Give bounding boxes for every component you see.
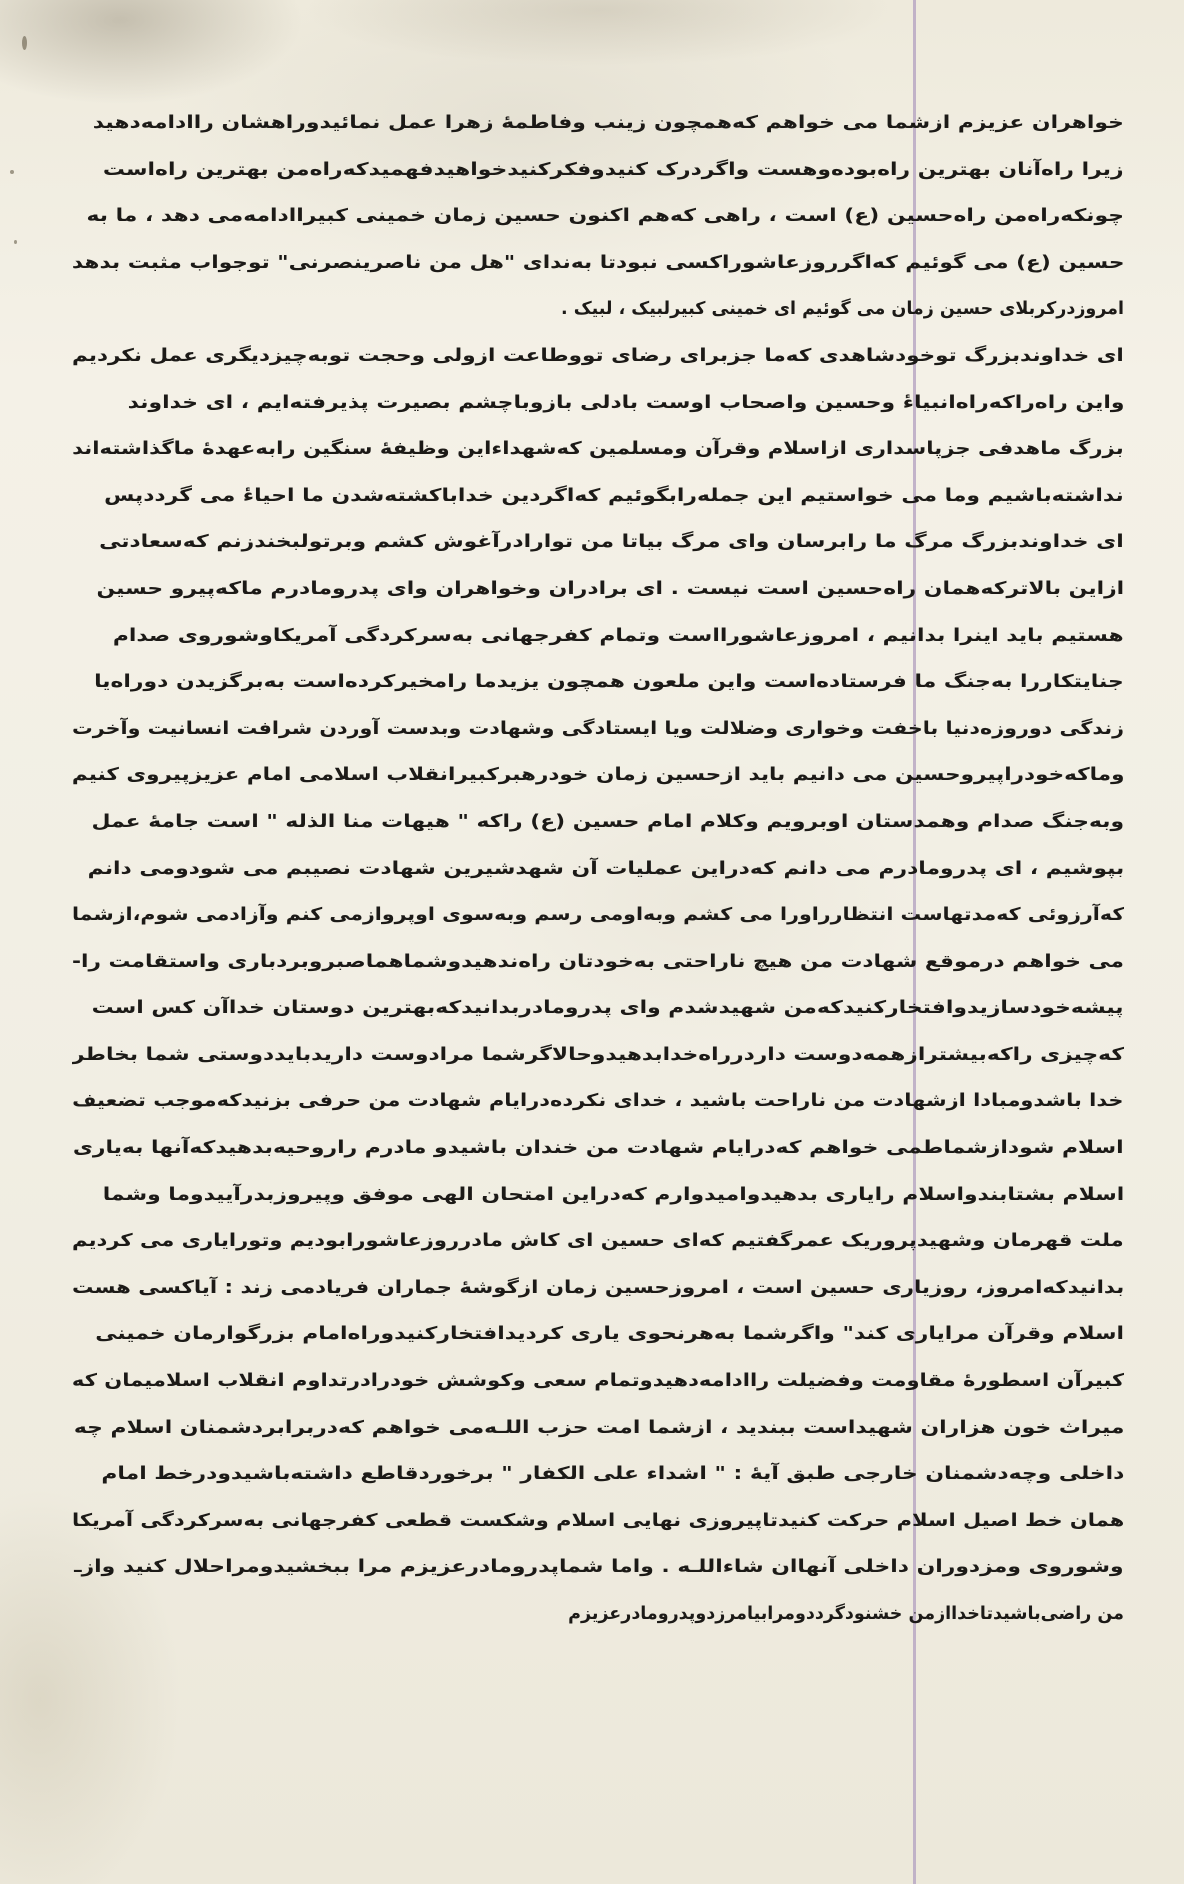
text-line: نداشته‌باشیم وما می خواستیم این جمله‌راب… xyxy=(72,473,1124,520)
text-line: جنایتکاررا به‌جنگ ما فرستاده‌است واین مل… xyxy=(72,659,1124,706)
text-line: خواهران عزیزم ازشما می خواهم که‌همچون زی… xyxy=(72,100,1124,147)
text-line: پیشه‌خودسازیدوافتخارکنیدکه‌من شهیدشدم وا… xyxy=(72,985,1124,1032)
text-line: داخلی وچه‌دشمنان خارجی طبق آیه‌ٔ : " اشد… xyxy=(72,1451,1124,1498)
text-line: خدا باشدومبادا ازشهادت من ناراحت باشید ،… xyxy=(72,1078,1124,1125)
text-line: امروزدرکربلای حسین زمان می گوئیم ای خمین… xyxy=(72,286,1124,333)
text-line: می خواهم درموقع شهادت من هیچ ناراحتی به‌… xyxy=(72,939,1124,986)
text-line: وشوروی ومزدوران داخلی آنهاان شاءاللـه . … xyxy=(72,1544,1124,1591)
text-line: بدانیدکه‌امروز، روزیاری حسین است ، امروز… xyxy=(72,1265,1124,1312)
text-line: بپوشیم ، ای پدرومادرم می دانم که‌دراین ع… xyxy=(72,846,1124,893)
text-line: کبیرآن اسطوره‌ٔ مقاومت وفضیلت راادامه‌ده… xyxy=(72,1358,1124,1405)
ink-stain xyxy=(14,240,17,244)
text-line: ملت قهرمان وشهیدپروریک عمرگفتیم که‌ای حس… xyxy=(72,1218,1124,1265)
text-line: اسلام شودازشماطمی خواهم که‌درایام شهادت … xyxy=(72,1125,1124,1172)
text-line: هستیم باید اینرا بدانیم ، امروزعاشورااست… xyxy=(72,613,1124,660)
text-line: واین راه‌راکه‌راه‌انبیاءٔ وحسین واصحاب ا… xyxy=(72,380,1124,427)
text-line: ازاین بالاترکه‌همان راه‌حسین است نیست . … xyxy=(72,566,1124,613)
text-line: من راضی‌باشیدتاخداازمن خشنودگرددومرابیام… xyxy=(72,1591,1124,1638)
text-line: همان خط اصیل اسلام حرکت کنیدتاپیروزی نها… xyxy=(72,1498,1124,1545)
text-line: حسین (ع) می گوئیم که‌اگرروزعاشوراکسی نبو… xyxy=(72,240,1124,287)
ink-stain xyxy=(10,170,14,174)
text-line: زیرا راه‌آنان بهترین راه‌بوده‌وهست واگرد… xyxy=(72,147,1124,194)
ink-stain xyxy=(22,36,27,50)
text-line: که‌چیزی راکه‌بیشترازهمه‌دوست داردرراه‌خد… xyxy=(72,1032,1124,1079)
text-line: زندگی دوروزه‌دنیا باخفت وخواری وضلالت وی… xyxy=(72,706,1124,753)
text-line: که‌آرزوئی که‌مدتهاست انتظارراورا می کشم … xyxy=(72,892,1124,939)
letter-body: خواهران عزیزم ازشما می خواهم که‌همچون زی… xyxy=(72,100,1124,1638)
text-line: ای خداوندبزرگ مرگ ما رابرسان وای مرگ بیا… xyxy=(72,519,1124,566)
text-line: وماکه‌خودراپیروحسین می دانیم باید ازحسین… xyxy=(72,752,1124,799)
text-line: ای خداوندبزرگ توخودشاهدی که‌ما جزبرای رض… xyxy=(72,333,1124,380)
text-line: وبه‌جنگ صدام وهمدستان اوبرویم وکلام امام… xyxy=(72,799,1124,846)
text-line: بزرگ ماهدفی جزپاسداری ازاسلام وقرآن ومسل… xyxy=(72,426,1124,473)
text-line: چونکه‌راه‌من راه‌حسین (ع) است ، راهی که‌… xyxy=(72,193,1124,240)
text-line: اسلام وقرآن مرایاری کند" واگرشما به‌هرنح… xyxy=(72,1311,1124,1358)
text-line: میراث خون هزاران شهیداست ببندید ، ازشما … xyxy=(72,1405,1124,1452)
text-line: اسلام بشتابندواسلام رایاری بدهیدوامیدوار… xyxy=(72,1172,1124,1219)
